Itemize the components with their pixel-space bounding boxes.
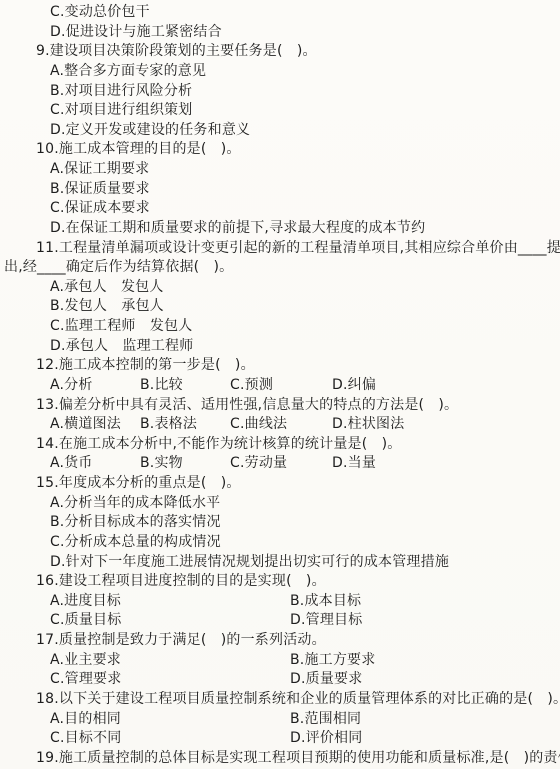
question-line: 17.质量控制是致力于满足( )的一系列活动。 [0, 631, 560, 651]
option-line: C.对项目进行组织策划 [0, 101, 560, 121]
question-line: 11.工程量清单漏项或设计变更引起的新的工程量清单项目,其相应综合单价由____… [0, 239, 560, 259]
options-row: A.分析B.比较C.预测D.纠偏 [0, 376, 560, 396]
question-line: 13.偏差分析中具有灵活、适用性强,信息量大的特点的方法是( )。 [0, 396, 560, 416]
option-item: D.评价相同 [290, 729, 362, 749]
options-row: C.质量目标D.管理目标 [0, 611, 560, 631]
option-item: D.管理目标 [290, 611, 362, 631]
option-item: C.劳动量 [230, 454, 332, 474]
option-line: C.分析成本总量的构成情况 [0, 533, 560, 553]
option-item: D.纠偏 [332, 376, 376, 396]
question-line: 19.施工质量控制的总体目标是实现工程项目预期的使用功能和质量标准,是( )的责… [0, 749, 560, 769]
question-line: 9.建设项目决策阶段策划的主要任务是( )。 [0, 42, 560, 62]
option-line: B.分析目标成本的落实情况 [0, 513, 560, 533]
option-line: B.对项目进行风险分析 [0, 82, 560, 102]
option-item: A.横道图法 [50, 415, 140, 435]
option-item: A.货币 [50, 454, 140, 474]
option-item: C.曲线法 [230, 415, 332, 435]
question-line: 10.施工成本管理的目的是( )。 [0, 140, 560, 160]
option-item: B.范围相同 [290, 710, 361, 730]
option-item: C.管理要求 [50, 670, 290, 690]
option-line: C.监理工程师 发包人 [0, 317, 560, 337]
option-item: C.预测 [230, 376, 332, 396]
option-item: D.质量要求 [290, 670, 362, 690]
option-item: C.质量目标 [50, 611, 290, 631]
option-line: D.在保证工期和质量要求的前提下,寻求最大程度的成本节约 [0, 219, 560, 239]
question-line: 12.施工成本控制的第一步是( )。 [0, 356, 560, 376]
option-line: B.保证质量要求 [0, 180, 560, 200]
exam-paper-page: C.变动总价包干D.促进设计与施工紧密结合9.建设项目决策阶段策划的主要任务是(… [0, 0, 560, 769]
option-line: A.分析当年的成本降低水平 [0, 494, 560, 514]
option-item: A.进度目标 [50, 592, 290, 612]
options-row: A.横道图法B.表格法C.曲线法D.柱状图法 [0, 415, 560, 435]
option-line: C.保证成本要求 [0, 199, 560, 219]
option-line: C.变动总价包干 [0, 3, 560, 23]
option-item: A.业主要求 [50, 651, 290, 671]
option-item: C.目标不同 [50, 729, 290, 749]
question-line: 16.建设工程项目进度控制的目的是实现( )。 [0, 572, 560, 592]
option-line: A.保证工期要求 [0, 160, 560, 180]
option-item: A.分析 [50, 376, 140, 396]
option-item: B.成本目标 [290, 592, 361, 612]
question-line: 14.在施工成本分析中,不能作为统计核算的统计量是( )。 [0, 435, 560, 455]
options-row: C.目标不同D.评价相同 [0, 729, 560, 749]
option-line: A.整合多方面专家的意见 [0, 62, 560, 82]
options-row: A.目的相同B.范围相同 [0, 710, 560, 730]
question-line: 18.以下关于建设工程项目质量控制系统和企业的质量管理体系的对比正确的是( )。 [0, 690, 560, 710]
options-row: C.管理要求D.质量要求 [0, 670, 560, 690]
options-row: A.货币B.实物C.劳动量D.当量 [0, 454, 560, 474]
option-item: D.柱状图法 [332, 415, 404, 435]
options-row: A.进度目标B.成本目标 [0, 592, 560, 612]
option-item: B.施工方要求 [290, 651, 375, 671]
continuation-line: 出,经____确定后作为结算依据( )。 [0, 258, 560, 278]
option-item: B.表格法 [140, 415, 230, 435]
option-line: D.定义开发或建设的任务和意义 [0, 121, 560, 141]
option-line: D.针对下一年度施工进展情况规划提出切实可行的成本管理措施 [0, 553, 560, 573]
option-line: A.承包人 发包人 [0, 278, 560, 298]
option-item: B.比较 [140, 376, 230, 396]
option-item: D.当量 [332, 454, 376, 474]
question-line: 15.年度成本分析的重点是( )。 [0, 474, 560, 494]
option-line: D.促进设计与施工紧密结合 [0, 23, 560, 43]
option-item: B.实物 [140, 454, 230, 474]
option-line: B.发包人 承包人 [0, 297, 560, 317]
option-line: D.承包人 监理工程师 [0, 337, 560, 357]
option-item: A.目的相同 [50, 710, 290, 730]
options-row: A.业主要求B.施工方要求 [0, 651, 560, 671]
